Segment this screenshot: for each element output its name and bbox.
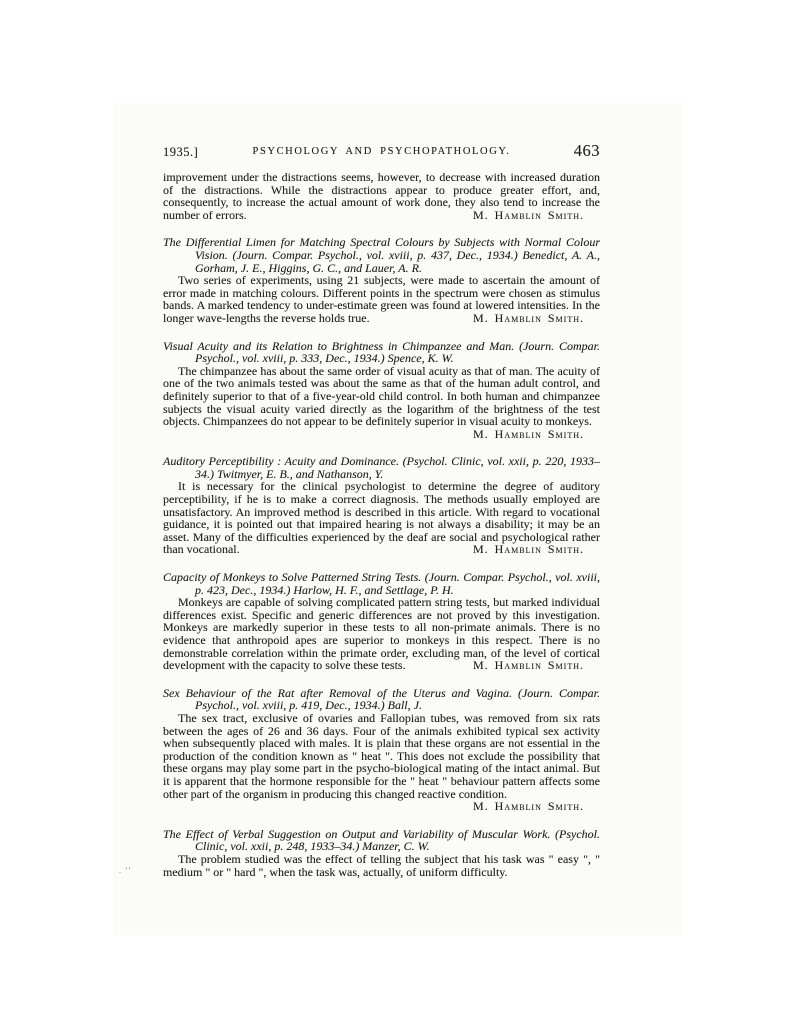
running-head: 1935.] PSYCHOLOGY AND PSYCHOPATHOLOGY. 4… [163, 143, 600, 159]
abstract-signature: M. Hamblin Smith. [473, 543, 584, 556]
scan-artifact-mark: . ’’ [119, 866, 132, 875]
abstract-section-6: The Effect of Verbal Suggestion on Outpu… [163, 828, 600, 878]
intro-paragraph: improvement under the distractions seems… [163, 171, 600, 221]
abstract-section-4: Capacity of Monkeys to Solve Patterned S… [163, 571, 600, 672]
abstract-signature: M. Hamblin Smith. [473, 659, 584, 672]
abstract-text: The chimpanzee has about the same order … [163, 364, 600, 428]
page-title: PSYCHOLOGY AND PSYCHOPATHOLOGY. [253, 146, 511, 157]
abstract-body: The sex tract, exclusive of ovaries and … [163, 712, 600, 813]
abstract-body: The chimpanzee has about the same order … [163, 365, 600, 441]
abstract-title: Capacity of Monkeys to Solve Patterned S… [163, 571, 600, 596]
abstract-signature: M. Hamblin Smith. [473, 312, 584, 325]
abstract-section-3: Auditory Perceptibility : Acuity and Dom… [163, 455, 600, 556]
page-number: 463 [574, 141, 600, 161]
abstract-body: Monkeys are capable of solving complicat… [163, 596, 600, 672]
abstract-title: The Effect of Verbal Suggestion on Outpu… [163, 828, 600, 853]
abstract-title: The Differential Limen for Matching Spec… [163, 236, 600, 274]
abstract-body: The problem studied was the effect of te… [163, 853, 600, 878]
abstract-title: Auditory Perceptibility : Acuity and Dom… [163, 455, 600, 480]
abstract-title: Visual Acuity and its Relation to Bright… [163, 340, 600, 365]
abstract-body: It is necessary for the clinical psychol… [163, 480, 600, 556]
abstract-title: Sex Behaviour of the Rat after Removal o… [163, 687, 600, 712]
abstract-section-2: Visual Acuity and its Relation to Bright… [163, 340, 600, 441]
abstract-signature: M. Hamblin Smith. [473, 800, 584, 813]
header-year: 1935.] [163, 145, 198, 160]
scan-canvas: 1935.] PSYCHOLOGY AND PSYCHOPATHOLOGY. 4… [0, 0, 800, 1036]
abstract-text: The problem studied was the effect of te… [163, 852, 600, 879]
abstract-body: Two series of experiments, using 21 subj… [163, 274, 600, 324]
abstract-signature: M. Hamblin Smith. [473, 428, 584, 441]
intro-signature: M. Hamblin Smith. [473, 209, 584, 222]
abstract-section-5: Sex Behaviour of the Rat after Removal o… [163, 687, 600, 813]
journal-page: 1935.] PSYCHOLOGY AND PSYCHOPATHOLOGY. 4… [113, 103, 683, 935]
abstract-section-1: The Differential Limen for Matching Spec… [163, 236, 600, 324]
abstract-text: The sex tract, exclusive of ovaries and … [163, 711, 600, 801]
